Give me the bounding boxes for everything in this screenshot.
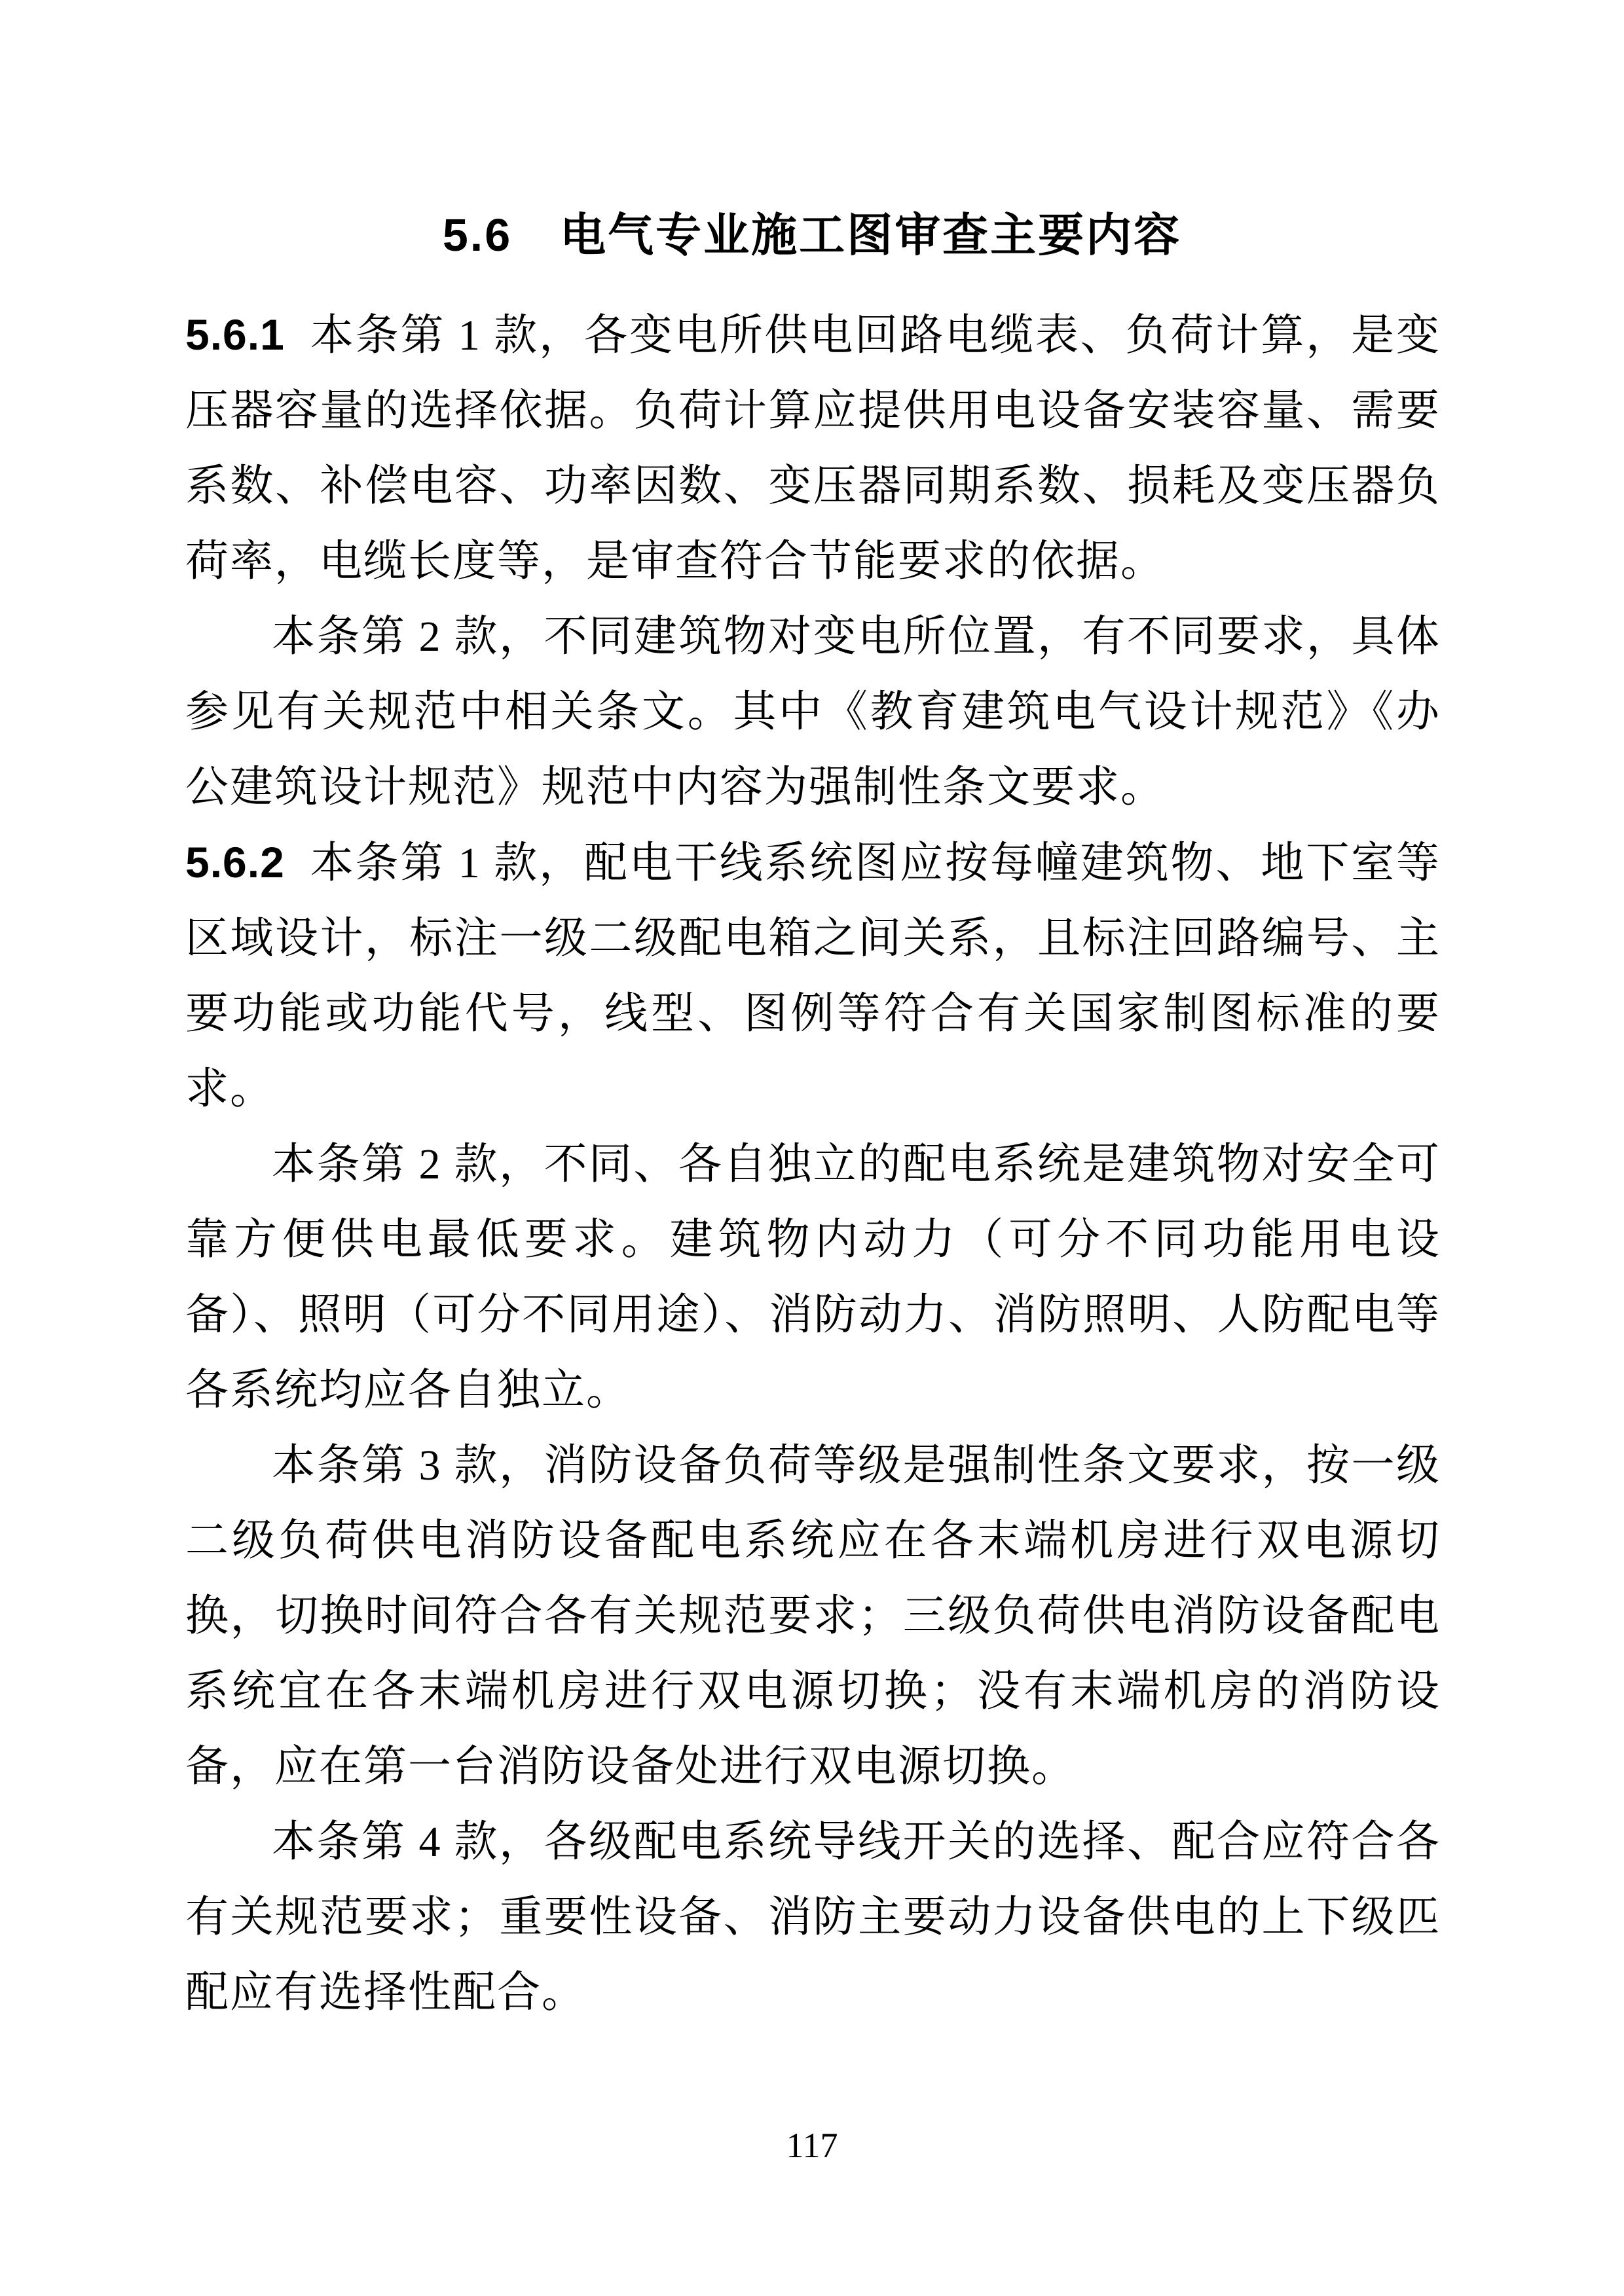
paragraph: 本条第 4 款，各级配电系统导线开关的选择、配合应符合各有关规范要求；重要性设备… <box>185 1804 1441 2030</box>
paragraph-text: 本条第 1 款，配电干线系统图应按每幢建筑物、地下室等区域设计，标注一级二级配电… <box>185 839 1441 1113</box>
clause-number: 5.6.2 <box>185 838 285 886</box>
section-title: 5.6 电气专业施工图审查主要内容 <box>0 0 1624 263</box>
page-number: 117 <box>0 2126 1624 2165</box>
paragraph-text: 本条第 2 款，不同、各自独立的配电系统是建筑物对安全可靠方便供电最低要求。建筑… <box>185 1140 1441 1414</box>
paragraph: 本条第 2 款，不同建筑物对变电所位置，有不同要求，具体参见有关规范中相关条文。… <box>185 599 1441 825</box>
paragraph-text: 本条第 1 款，各变电所供电回路电缆表、负荷计算，是变压器容量的选择依据。负荷计… <box>185 312 1441 585</box>
paragraph-text: 本条第 3 款，消防设备负荷等级是强制性条文要求，按一级二级负荷供电消防设备配电… <box>185 1442 1441 1791</box>
paragraph-text: 本条第 4 款，各级配电系统导线开关的选择、配合应符合各有关规范要求；重要性设备… <box>185 1818 1441 2016</box>
paragraph: 本条第 3 款，消防设备负荷等级是强制性条文要求，按一级二级负荷供电消防设备配电… <box>185 1428 1441 1804</box>
paragraph: 5.6.1本条第 1 款，各变电所供电回路电缆表、负荷计算，是变压器容量的选择依… <box>185 297 1441 599</box>
document-page: 5.6 电气专业施工图审查主要内容 5.6.1本条第 1 款，各变电所供电回路电… <box>0 0 1624 2296</box>
document-body: 5.6.1本条第 1 款，各变电所供电回路电缆表、负荷计算，是变压器容量的选择依… <box>185 297 1441 2030</box>
clause-number: 5.6.1 <box>185 310 285 359</box>
paragraph: 本条第 2 款，不同、各自独立的配电系统是建筑物对安全可靠方便供电最低要求。建筑… <box>185 1127 1441 1428</box>
paragraph: 5.6.2本条第 1 款，配电干线系统图应按每幢建筑物、地下室等区域设计，标注一… <box>185 825 1441 1127</box>
paragraph-text: 本条第 2 款，不同建筑物对变电所位置，有不同要求，具体参见有关规范中相关条文。… <box>185 613 1441 811</box>
